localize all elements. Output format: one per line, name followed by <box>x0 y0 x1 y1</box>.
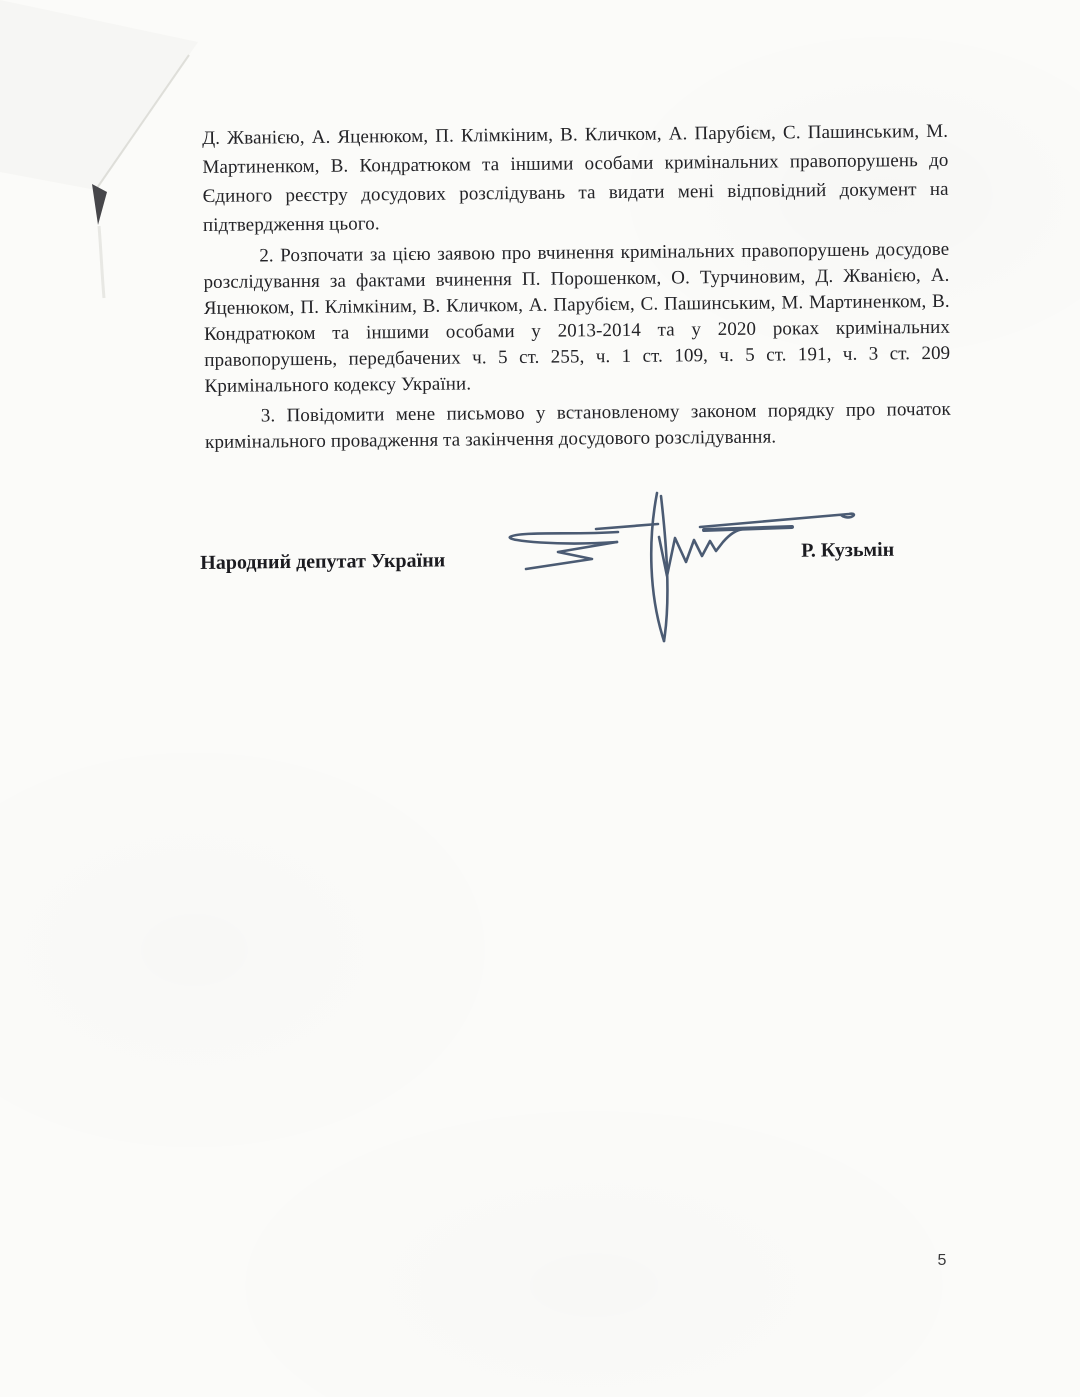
signer-name: Р. Кузьмін <box>801 539 894 563</box>
signer-role-label: Народний депутат України <box>200 549 445 575</box>
document-body: Д. Жванією, А. Яценюком, П. Клімкіним, В… <box>202 117 951 460</box>
signature-block: Народний депутат України Р. Кузьмін <box>200 532 946 580</box>
paragraph-item-3: 3. Повідомити мене письмово у встановлен… <box>205 397 951 456</box>
paragraph-continuation: Д. Жванією, А. Яценюком, П. Клімкіним, В… <box>202 117 949 240</box>
scanned-document-page: Д. Жванією, А. Яценюком, П. Клімкіним, В… <box>0 0 1080 1397</box>
page-number: 5 <box>930 1252 954 1270</box>
paragraph-item-2: 2. Розпочати за цією заявою про вчинення… <box>203 237 950 400</box>
